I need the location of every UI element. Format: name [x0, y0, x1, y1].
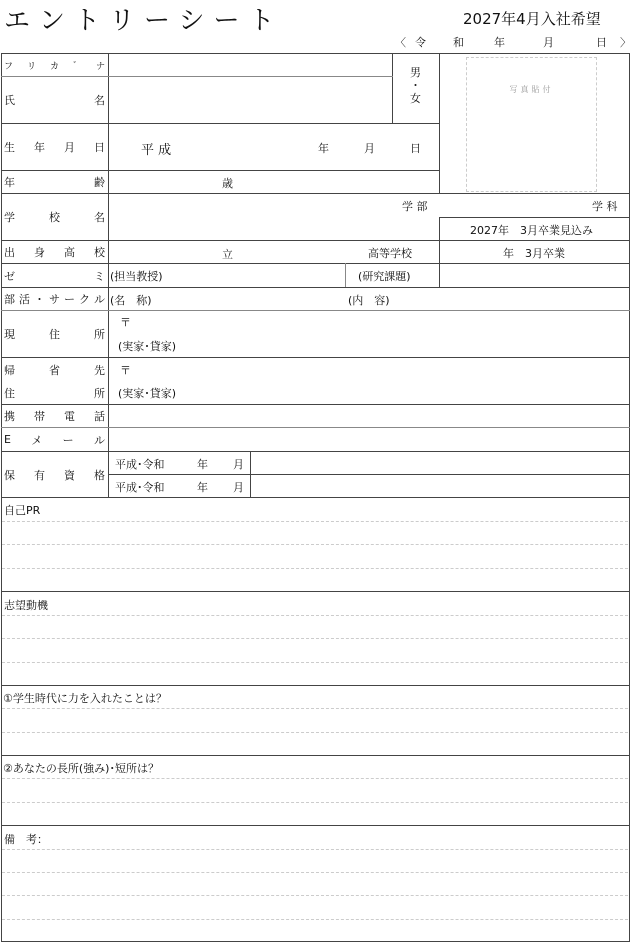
license-era-1: 平成･令和 [115, 456, 165, 472]
furigana-input[interactable] [109, 54, 392, 76]
gender-select[interactable]: 男 ・ 女 [410, 66, 421, 105]
school-input[interactable] [109, 194, 439, 240]
email-input[interactable] [109, 428, 629, 451]
birth-year[interactable]: 年 [318, 140, 329, 156]
date-day: 日 [596, 34, 607, 50]
label-name: 氏名 [1, 77, 108, 123]
label-home-address-1: 帰省先 [1, 358, 108, 381]
date-close: 〉 [620, 34, 631, 50]
department-label: 学 科 [592, 198, 618, 214]
highschool-graduation: 年 3月卒業 [503, 245, 565, 261]
q2-textarea[interactable] [2, 756, 629, 825]
professor-label: (担当教授) [110, 268, 163, 284]
license-month-1: 月 [233, 456, 244, 472]
home-address-type: (実家･貸家) [118, 385, 176, 401]
label-email: Eメール [1, 428, 108, 451]
club-content-label: (内 容) [348, 292, 390, 308]
label-birthdate: 生年月日 [1, 124, 108, 170]
pr-textarea[interactable] [2, 498, 629, 591]
label-mobile: 携帯電話 [1, 405, 108, 427]
license-year-2: 年 [197, 479, 208, 495]
birth-month[interactable]: 月 [364, 140, 375, 156]
name-input[interactable] [109, 77, 392, 123]
hire-year-hope: 2027年4月入社希望 [463, 8, 601, 29]
license-year-1: 年 [197, 456, 208, 472]
label-license: 保有資格 [1, 452, 108, 497]
age-unit[interactable]: 歳 [222, 175, 233, 191]
label-highschool: 出身高校 [1, 241, 108, 263]
postal-mark: 〒 [120, 314, 131, 330]
label-school: 学校名 [1, 194, 108, 240]
license-month-2: 月 [233, 479, 244, 495]
license-input-2[interactable] [251, 475, 629, 497]
home-postal-mark: 〒 [120, 362, 131, 378]
label-home-address-2: 住所 [1, 381, 108, 404]
date-open: 〈 [395, 34, 406, 50]
birth-day[interactable]: 日 [410, 140, 421, 156]
page-title: エントリーシート [4, 0, 283, 37]
highschool-ritsu: 立 [222, 246, 233, 262]
label-furigana: フリカ゛ナ [1, 54, 108, 76]
date-month: 月 [543, 34, 554, 50]
motive-textarea[interactable] [2, 592, 629, 685]
birth-era: 平 成 [141, 139, 171, 158]
photo-label: 写真貼付 [467, 84, 596, 95]
highschool-type: 高等学校 [368, 245, 412, 261]
license-input-1[interactable] [251, 452, 629, 474]
photo-area[interactable]: 写真貼付 [466, 57, 597, 192]
address-type: (実家･貸家) [118, 338, 176, 354]
date-era: 令 和 [415, 34, 472, 50]
label-seminar: ゼミ [1, 264, 108, 287]
label-age: 年齢 [1, 171, 108, 193]
expected-graduation: 2027年 3月卒業見込み [470, 222, 593, 238]
club-name-label: (名 称) [110, 292, 152, 308]
label-club: 部活・サークル [1, 288, 108, 310]
license-era-2: 平成･令和 [115, 479, 165, 495]
date-year: 年 [494, 34, 505, 50]
mobile-input[interactable] [109, 405, 629, 427]
notes-textarea[interactable] [2, 826, 629, 941]
q1-textarea[interactable] [2, 686, 629, 755]
research-label: (研究課題) [358, 268, 411, 284]
label-address: 現住所 [1, 311, 108, 357]
